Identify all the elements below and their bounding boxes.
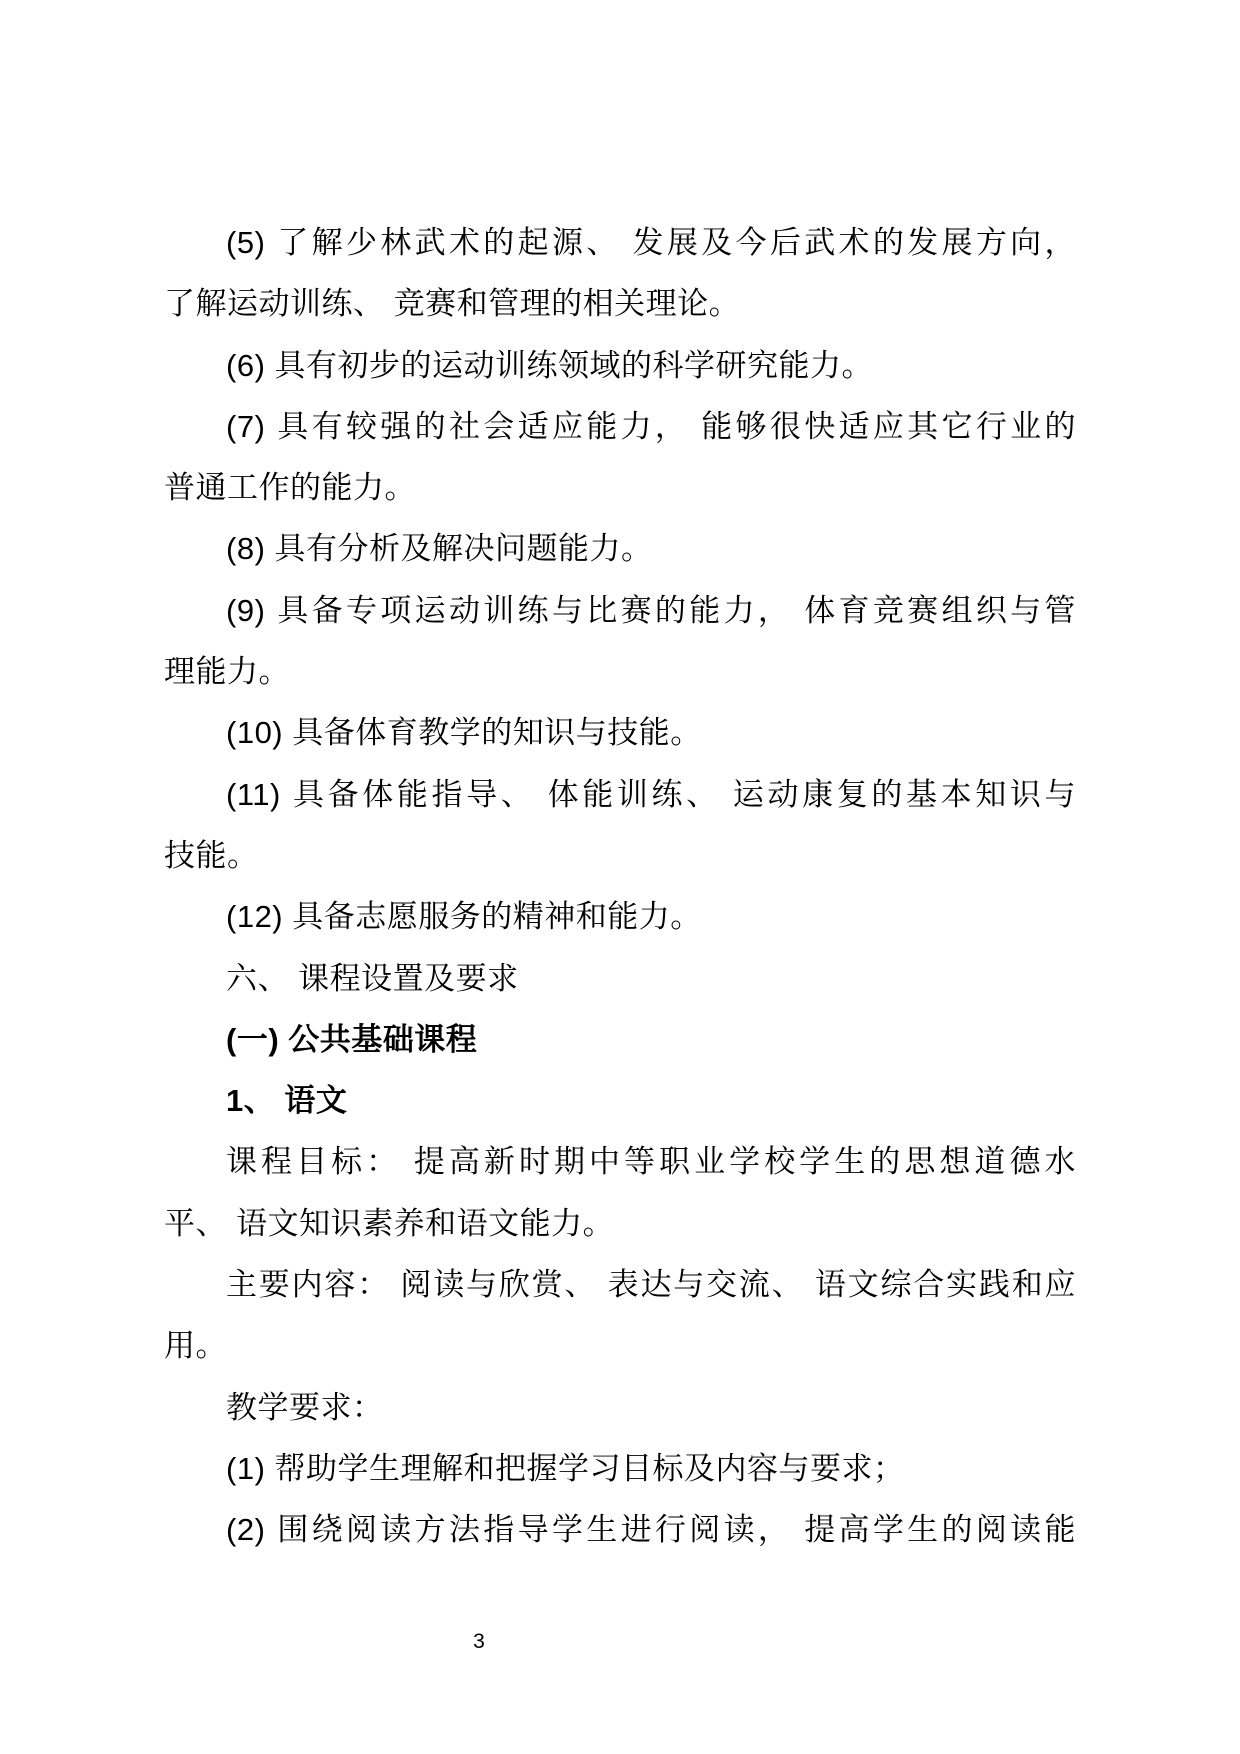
text-line: (1) 帮助学生理解和把握学习目标及内容与要求； — [164, 1438, 1076, 1499]
page-number: 3 — [459, 1626, 499, 1658]
text-line: 理能力。 — [164, 641, 1076, 702]
text-line: (5) 了解少林武术的起源、 发展及今后武术的发展方向， — [164, 212, 1076, 273]
text-line: (10) 具备体育教学的知识与技能。 — [164, 702, 1076, 763]
text-line: (12) 具备志愿服务的精神和能力。 — [164, 886, 1076, 947]
text-line: 用。 — [164, 1315, 1076, 1376]
text-line: 了解运动训练、 竞赛和管理的相关理论。 — [164, 273, 1076, 334]
text-line: 教学要求： — [164, 1377, 1076, 1438]
text-line: 主要内容： 阅读与欣赏、 表达与交流、 语文综合实践和应 — [164, 1254, 1076, 1315]
text-line: 技能。 — [164, 825, 1076, 886]
text-line: 六、 课程设置及要求 — [164, 948, 1076, 1009]
text-line: (一) 公共基础课程 — [164, 1009, 1076, 1070]
text-line: 1、 语文 — [164, 1070, 1076, 1131]
text-line: (7) 具有较强的社会适应能力， 能够很快适应其它行业的 — [164, 396, 1076, 457]
text-line: 课程目标： 提高新时期中等职业学校学生的思想道德水 — [164, 1131, 1076, 1192]
text-line: 平、 语文知识素养和语文能力。 — [164, 1193, 1076, 1254]
text-line: 普通工作的能力。 — [164, 457, 1076, 518]
text-line: (2) 围绕阅读方法指导学生进行阅读， 提高学生的阅读能 — [164, 1499, 1076, 1560]
text-line: (6) 具有初步的运动训练领域的科学研究能力。 — [164, 335, 1076, 396]
text-line: (8) 具有分析及解决问题能力。 — [164, 518, 1076, 579]
text-line: (11) 具备体能指导、 体能训练、 运动康复的基本知识与 — [164, 764, 1076, 825]
text-block: (5) 了解少林武术的起源、 发展及今后武术的发展方向，了解运动训练、 竞赛和管… — [164, 212, 1076, 1561]
document-page: (5) 了解少林武术的起源、 发展及今后武术的发展方向，了解运动训练、 竞赛和管… — [0, 0, 1240, 1754]
text-line: (9) 具备专项运动训练与比赛的能力， 体育竞赛组织与管 — [164, 580, 1076, 641]
